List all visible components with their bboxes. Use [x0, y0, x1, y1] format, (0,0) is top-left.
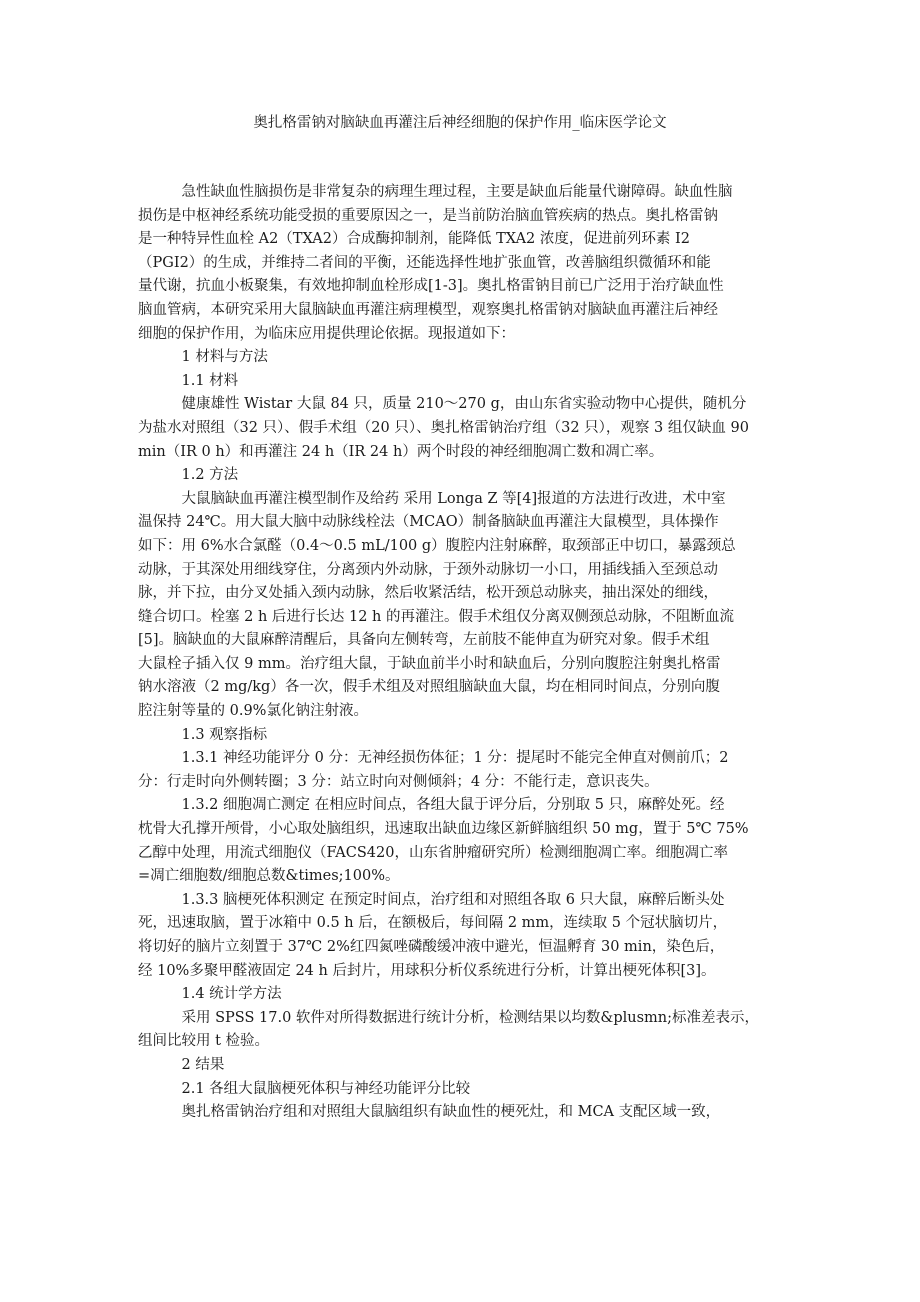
paragraph-line: 死，迅速取脑，置于冰箱中 0.5 h 后，在额极后，每间隔 2 mm，连续取 5…	[138, 912, 782, 936]
paragraph-first-line: 大鼠脑缺血再灌注模型制作及给药 采用 Longa Z 等[4]报道的方法进行改进…	[138, 488, 782, 512]
paragraph-line: 温保持 24℃。用大鼠大脑中动脉线栓法（MCAO）制备脑缺血再灌注大鼠模型，具体…	[138, 511, 782, 535]
paragraph-line: 脉，并下拉，由分叉处插入颈内动脉，然后收紧活结，松开颈总动脉夹，抽出深处的细线，	[138, 582, 782, 606]
paragraph-line: 脑血管病，本研究采用大鼠脑缺血再灌注病理模型，观察奥扎格雷钠对脑缺血再灌注后神经	[138, 299, 782, 323]
paragraph-line: =凋亡细胞数/细胞总数&times;100%。	[138, 865, 782, 889]
paragraph-line: 钠水溶液（2 mg/kg）各一次，假手术组及对照组脑缺血大鼠，均在相同时间点，分…	[138, 676, 782, 700]
paragraph-first-line: 1.3.3 脑梗死体积测定 在预定时间点，治疗组和对照组各取 6 只大鼠，麻醉后…	[138, 889, 782, 913]
paragraph-line: 细胞的保护作用，为临床应用提供理论依据。现报道如下：	[138, 323, 782, 347]
paragraph-line: 动脉，于其深处用细线穿住，分离颈内外动脉，于颈外动脉切一小口，用插线插入至颈总动	[138, 559, 782, 583]
paragraph-first-line: 奥扎格雷钠治疗组和对照组大鼠脑组织有缺血性的梗死灶，和 MCA 支配区域一致，	[138, 1101, 782, 1125]
paragraph-line: （PGI2）的生成，并维持二者间的平衡，还能选择性地扩张血管，改善脑组织微循环和…	[138, 252, 782, 276]
paragraph-line: 量代谢，抗血小板聚集，有效地抑制血栓形成[1-3]。奥扎格雷钠目前已广泛用于治疗…	[138, 275, 782, 299]
paragraph-line: 腔注射等量的 0.9%氯化钠注射液。	[138, 700, 782, 724]
section-heading: 2 结果	[138, 1054, 782, 1078]
paragraph-first-line: 采用 SPSS 17.0 软件对所得数据进行统计分析，检测结果以均数&plusm…	[138, 1007, 782, 1031]
paragraph-line: 缝合切口。栓塞 2 h 后进行长达 12 h 的再灌注。假手术组仅分离双侧颈总动…	[138, 606, 782, 630]
document-body: 急性缺血性脑损伤是非常复杂的病理生理过程，主要是缺血后能量代谢障碍。缺血性脑损伤…	[138, 181, 782, 1125]
paragraph-line: 分：行走时向外侧转圈；3 分：站立时向对侧倾斜；4 分：不能行走，意识丧失。	[138, 771, 782, 795]
paragraph-first-line: 1.3.1 神经功能评分 0 分：无神经损伤体征；1 分：提尾时不能完全伸直对侧…	[138, 747, 782, 771]
paragraph-line: 经 10%多聚甲醛液固定 24 h 后封片，用球积分析仪系统进行分析，计算出梗死…	[138, 960, 782, 984]
section-heading: 2.1 各组大鼠脑梗死体积与神经功能评分比较	[138, 1078, 782, 1102]
paragraph-line: 是一种特异性血栓 A2（TXA2）合成酶抑制剂，能降低 TXA2 浓度，促进前列…	[138, 228, 782, 252]
paragraph-first-line: 急性缺血性脑损伤是非常复杂的病理生理过程，主要是缺血后能量代谢障碍。缺血性脑	[138, 181, 782, 205]
paragraph-line: 如下：用 6%水合氯醛（0.4～0.5 mL/100 g）腹腔内注射麻醉，取颈部…	[138, 535, 782, 559]
paragraph-line: 乙醇中处理，用流式细胞仪（FACS420，山东省肿瘤研究所）检测细胞凋亡率。细胞…	[138, 842, 782, 866]
paragraph-line: [5]。脑缺血的大鼠麻醉清醒后，具备向左侧转弯，左前肢不能伸直为研究对象。假手术…	[138, 629, 782, 653]
section-heading: 1.3 观察指标	[138, 724, 782, 748]
paragraph-first-line: 健康雄性 Wistar 大鼠 84 只，质量 210～270 g，由山东省实验动…	[138, 393, 782, 417]
paragraph-line: 大鼠栓子插入仅 9 mm。治疗组大鼠，于缺血前半小时和缺血后，分别向腹腔注射奥扎…	[138, 653, 782, 677]
section-heading: 1.2 方法	[138, 464, 782, 488]
paragraph-line: 将切好的脑片立刻置于 37℃ 2%红四氮唑磷酸缓冲液中避光，恒温孵育 30 mi…	[138, 936, 782, 960]
paragraph-line: 损伤是中枢神经系统功能受损的重要原因之一，是当前防治脑血管疾病的热点。奥扎格雷钠	[138, 205, 782, 229]
paragraph-line: 组间比较用 t 检验。	[138, 1030, 782, 1054]
section-heading: 1.1 材料	[138, 370, 782, 394]
paragraph-first-line: 1.3.2 细胞凋亡测定 在相应时间点，各组大鼠于评分后，分别取 5 只，麻醉处…	[138, 794, 782, 818]
paragraph-line: min（IR 0 h）和再灌注 24 h（IR 24 h）两个时段的神经细胞凋亡…	[138, 441, 782, 465]
section-heading: 1.4 统计学方法	[138, 983, 782, 1007]
section-heading: 1 材料与方法	[138, 346, 782, 370]
paragraph-line: 枕骨大孔撑开颅骨，小心取处脑组织，迅速取出缺血边缘区新鲜脑组织 50 mg，置于…	[138, 818, 782, 842]
document-title: 奥扎格雷钠对脑缺血再灌注后神经细胞的保护作用_临床医学论文	[138, 113, 782, 133]
paragraph-line: 为盐水对照组（32 只）、假手术组（20 只）、奥扎格雷钠治疗组（32 只），观…	[138, 417, 782, 441]
